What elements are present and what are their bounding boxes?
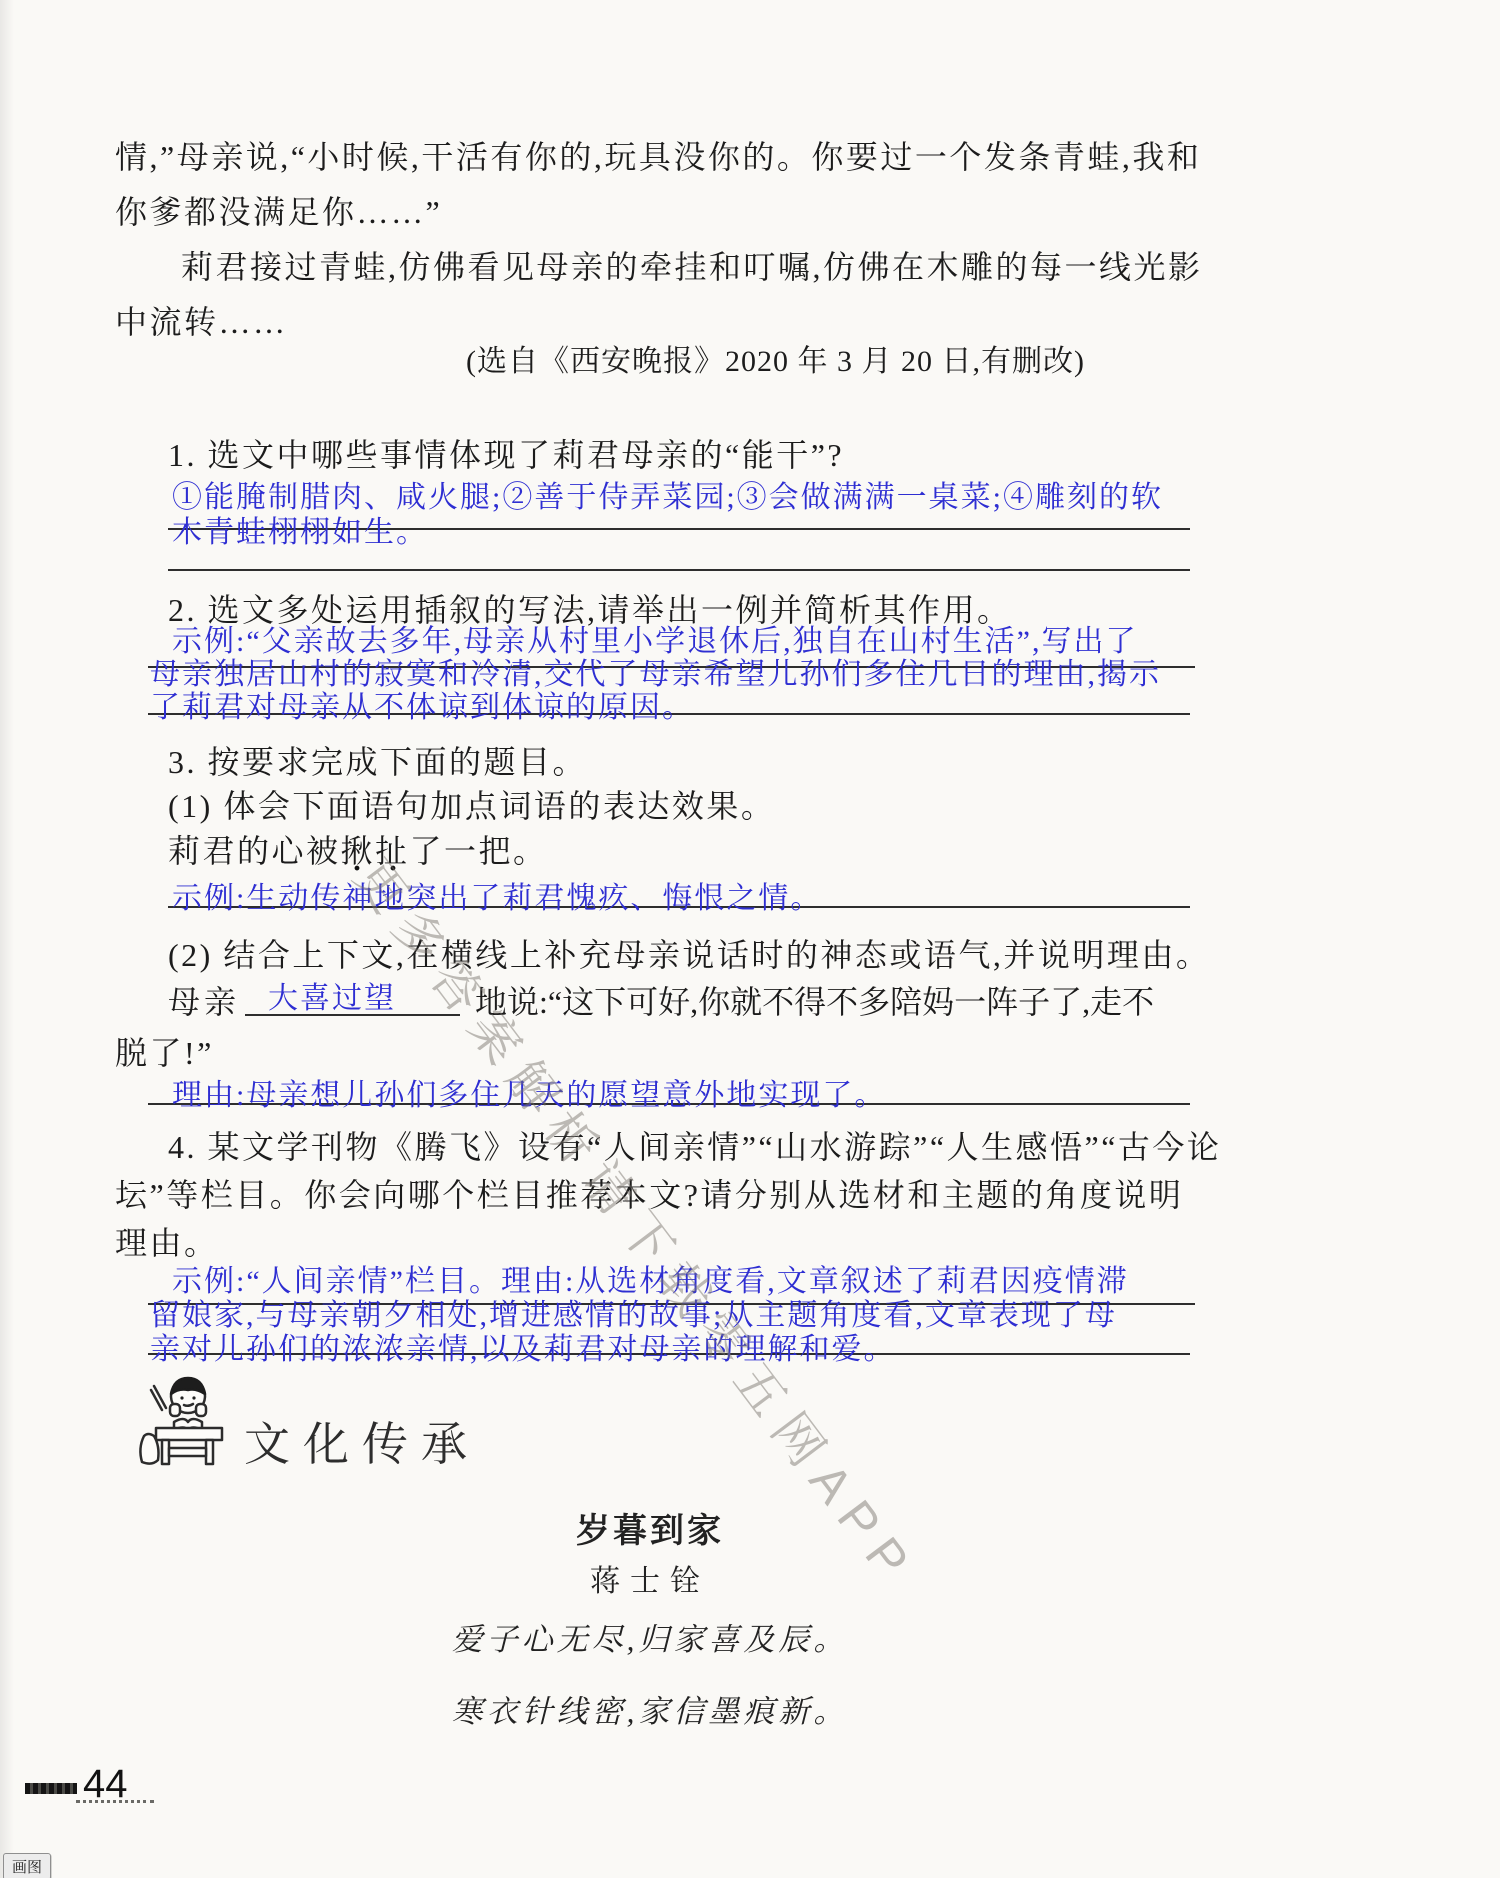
passage-line: 中流转……: [115, 297, 288, 343]
question-3-part2-cont: 脱了!”: [115, 1028, 214, 1074]
answer-underline: [168, 569, 1190, 571]
passage-line: 莉君接过青蛙,仿佛看见母亲的牵挂和叮嘱,仿佛在木雕的每一线光影: [181, 242, 1203, 288]
question-3-part1-label: (1) 体会下面语句加点词语的表达效果。: [168, 781, 775, 827]
question-3-part2-prefix: 母亲: [168, 977, 240, 1023]
answer-3-part2-fill: 大喜过望: [268, 973, 396, 1017]
page-number-bar: [25, 1783, 77, 1794]
question-3: 3. 按要求完成下面的题目。: [168, 737, 587, 783]
answer-4-line-3: 亲对儿孙们的浓浓亲情,以及莉君对母亲的理解和爱。: [150, 1324, 896, 1368]
passage-line: 情,”母亲说,“小时候,干活有你的,玩具没你的。你要过一个发条青蛙,我和: [115, 132, 1201, 178]
question-4-line-2: 坛”等栏目。你会向哪个栏目推荐本文?请分别从选材和主题的角度说明: [115, 1170, 1183, 1216]
question-1: 1. 选文中哪些事情体现了莉君母亲的“能干”?: [168, 430, 844, 476]
poem-author: 蒋士铨: [115, 1556, 1185, 1600]
answer-2-line-3: 了莉君对母亲从不体谅到体谅的原因。: [150, 682, 694, 726]
answer-3-part1: 示例:生动传神地突出了莉君愧疚、悔恨之情。: [172, 873, 822, 917]
poem-title: 岁暮到家: [115, 1503, 1185, 1552]
question-3-part2-label: (2) 结合上下文,在横线上补充母亲说话时的神态或语气,并说明理由。: [168, 930, 1210, 976]
poem-line-1: 爱子心无尽,归家喜及辰。: [115, 1614, 1185, 1659]
workbook-page: 情,”母亲说,“小时候,干活有你的,玩具没你的。你要过一个发条青蛙,我和 你爹都…: [0, 0, 1500, 1878]
section-title: 文化传承: [244, 1408, 480, 1474]
answer-1-line-2: 木青蛙栩栩如生。: [172, 507, 428, 551]
question-4-line-1: 4. 某文学刊物《腾飞》设有“人间亲情”“山水游踪”“人生感悟”“古今论: [168, 1122, 1221, 1168]
poem-line-2: 寒衣针线密,家信墨痕新。: [115, 1686, 1185, 1731]
student-at-desk-icon: [132, 1374, 244, 1470]
question-3-part2-suffix: 地说:“这下可好,你就不得不多陪妈一阵子了,走不: [475, 977, 1154, 1023]
page-number-dotted-line: [76, 1800, 154, 1803]
passage-source: (选自《西安晚报》2020 年 3 月 20 日,有删改): [466, 336, 1085, 380]
passage-line: 你爹都没满足你……”: [115, 187, 442, 233]
draw-tool-button[interactable]: 画图: [3, 1853, 51, 1878]
answer-3-part2-reason: 理由:母亲想儿孙们多住几天的愿望意外地实现了。: [172, 1070, 886, 1114]
